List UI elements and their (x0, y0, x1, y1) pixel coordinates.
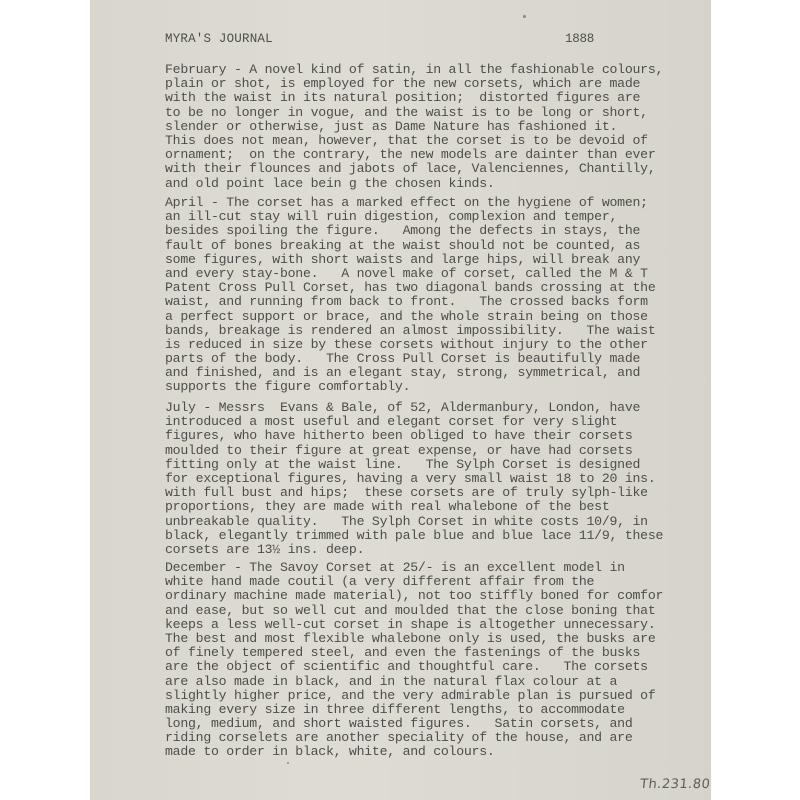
section-december: December - The Savoy Corset at 25/- is a… (165, 561, 725, 760)
text-line: with full bust and hips; these corsets a… (165, 486, 725, 500)
text-line: supports the figure comfortably. (165, 380, 725, 394)
text-line: December - The Savoy Corset at 25/- is a… (165, 561, 725, 575)
ink-speck (287, 762, 289, 764)
text-line: ordinary machine made material), not too… (165, 589, 725, 603)
text-line: riding corselets are another speciality … (165, 731, 725, 745)
section-february: February - A novel kind of satin, in all… (165, 63, 725, 191)
text-line: April - The corset has a marked effect o… (165, 196, 725, 210)
text-line: fitting only at the waist line. The Sylp… (165, 458, 725, 472)
journal-year: 1888 (565, 32, 594, 46)
text-line: besides spoiling the figure. Among the d… (165, 224, 725, 238)
text-line: is reduced in size by these corsets with… (165, 338, 725, 352)
text-line: proportions, they are made with real wha… (165, 500, 725, 514)
text-line: a perfect support or brace, and the whol… (165, 310, 725, 324)
text-line: The best and most flexible whalebone onl… (165, 632, 725, 646)
text-line: some figures, with short waists and larg… (165, 253, 725, 267)
text-line: moulded to their figure at great expense… (165, 444, 725, 458)
text-line: with their flounces and jabots of lace, … (165, 162, 725, 176)
text-line: with the waist in its natural position; … (165, 91, 725, 105)
text-line: of finely tempered steel, and even the f… (165, 646, 725, 660)
journal-title: MYRA'S JOURNAL (165, 32, 273, 46)
typewritten-page: MYRA'S JOURNAL 1888 February - A novel k… (90, 0, 711, 800)
text-line: corsets are 13½ ins. deep. (165, 543, 725, 557)
text-line: to be no longer in vogue, and the waist … (165, 106, 725, 120)
text-line: slender or otherwise, just as Dame Natur… (165, 120, 725, 134)
text-line: made to order in black, white, and colou… (165, 745, 725, 759)
text-line: black, elegantly trimmed with pale blue … (165, 529, 725, 543)
text-line: plain or shot, is employed for the new c… (165, 77, 725, 91)
text-line: for exceptional figures, having a very s… (165, 472, 725, 486)
text-line: slightly higher price, and the very admi… (165, 689, 725, 703)
text-line: waist, and running from back to front. T… (165, 295, 725, 309)
section-april: April - The corset has a marked effect o… (165, 196, 725, 395)
text-line: and finished, and is an elegant stay, st… (165, 366, 725, 380)
text-line: are the object of scientific and thought… (165, 660, 725, 674)
text-line: and every stay-bone. A novel make of cor… (165, 267, 725, 281)
section-july: July - Messrs Evans & Bale, of 52, Alder… (165, 401, 725, 557)
text-line: February - A novel kind of satin, in all… (165, 63, 725, 77)
text-line: unbreakable quality. The Sylph Corset in… (165, 515, 725, 529)
text-line: July - Messrs Evans & Bale, of 52, Alder… (165, 401, 725, 415)
text-line: an ill-cut stay will ruin digestion, com… (165, 210, 725, 224)
text-line: keeps a less well-cut corset in shape is… (165, 618, 725, 632)
text-line: bands, breakage is rendered an almost im… (165, 324, 725, 338)
archive-reference-annotation: Th.231.80 (639, 777, 711, 792)
text-line: and ease, but so well cut and moulded th… (165, 604, 725, 618)
text-line: ornament; on the contrary, the new model… (165, 148, 725, 162)
text-line: fault of bones breaking at the waist sho… (165, 239, 725, 253)
ink-speck (523, 15, 526, 18)
page-header: MYRA'S JOURNAL 1888 (165, 32, 635, 48)
text-line: are also made in black, and in the natur… (165, 675, 725, 689)
text-line: This does not mean, however, that the co… (165, 134, 725, 148)
text-line: white hand made coutil (a very different… (165, 575, 725, 589)
text-line: making every size in three different len… (165, 703, 725, 717)
text-line: parts of the body. The Cross Pull Corset… (165, 352, 725, 366)
text-line: figures, who have hitherto been obliged … (165, 429, 725, 443)
text-line: Patent Cross Pull Corset, has two diagon… (165, 281, 725, 295)
text-line: introduced a most useful and elegant cor… (165, 415, 725, 429)
text-line: long, medium, and short waisted figures.… (165, 717, 725, 731)
text-line: and old point lace bein g the chosen kin… (165, 177, 725, 191)
